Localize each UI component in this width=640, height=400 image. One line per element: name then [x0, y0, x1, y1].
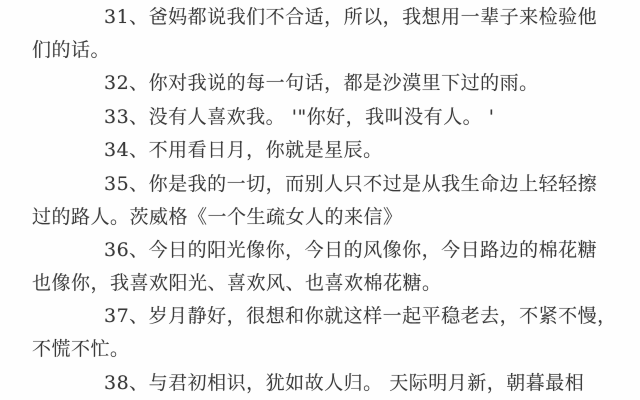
quote-line: 34、不用看日月，你就是星辰。: [32, 134, 612, 167]
quote-item-31: 31、爸妈都说我们不合适，所以，我想用一辈子来检验他 们的话。: [32, 1, 612, 66]
quote-item-33: 33、没有人喜欢我。 '"你好，我叫没有人。 ': [32, 101, 612, 134]
quote-line: 37、岁月静好，很想和你就这样一起平稳老去，不紧不慢，: [32, 300, 612, 333]
quote-item-35: 35、你是我的一切，而别人只不过是从我生命边上轻轻擦 过的路人。茨威格《一个生疏…: [32, 168, 612, 233]
quote-line: 36、今日的阳光像你，今日的风像你，今日路边的棉花糖: [32, 234, 612, 267]
quote-line: 35、你是我的一切，而别人只不过是从我生命边上轻轻擦: [32, 168, 612, 201]
quote-item-34: 34、不用看日月，你就是星辰。: [32, 134, 612, 167]
quote-line: 33、没有人喜欢我。 '"你好，我叫没有人。 ': [32, 101, 612, 134]
quotes-document: 31、爸妈都说我们不合适，所以，我想用一辈子来检验他 们的话。 32、你对我说的…: [0, 0, 640, 400]
quote-line: 也像你，我喜欢阳光、喜欢风、也喜欢棉花糖。: [32, 267, 612, 300]
quote-line: 31、爸妈都说我们不合适，所以，我想用一辈子来检验他: [32, 1, 612, 34]
document-page: 31、爸妈都说我们不合适，所以，我想用一辈子来检验他 们的话。 32、你对我说的…: [0, 0, 640, 400]
quote-line: 不慌不忙。: [32, 333, 612, 366]
quote-item-37: 37、岁月静好，很想和你就这样一起平稳老去，不紧不慢， 不慌不忙。: [32, 300, 612, 365]
quote-item-32: 32、你对我说的每一句话，都是沙漠里下过的雨。: [32, 67, 612, 100]
quote-item-38: 38、与君初相识，犹如故人归。 天际明月新，朝暮最相: [32, 367, 612, 400]
quote-line: 38、与君初相识，犹如故人归。 天际明月新，朝暮最相: [32, 367, 612, 400]
quote-line: 32、你对我说的每一句话，都是沙漠里下过的雨。: [32, 67, 612, 100]
quote-item-36: 36、今日的阳光像你，今日的风像你，今日路边的棉花糖 也像你，我喜欢阳光、喜欢风…: [32, 234, 612, 299]
quote-line: 们的话。: [32, 34, 612, 67]
quote-line: 过的路人。茨威格《一个生疏女人的来信》: [32, 201, 612, 234]
